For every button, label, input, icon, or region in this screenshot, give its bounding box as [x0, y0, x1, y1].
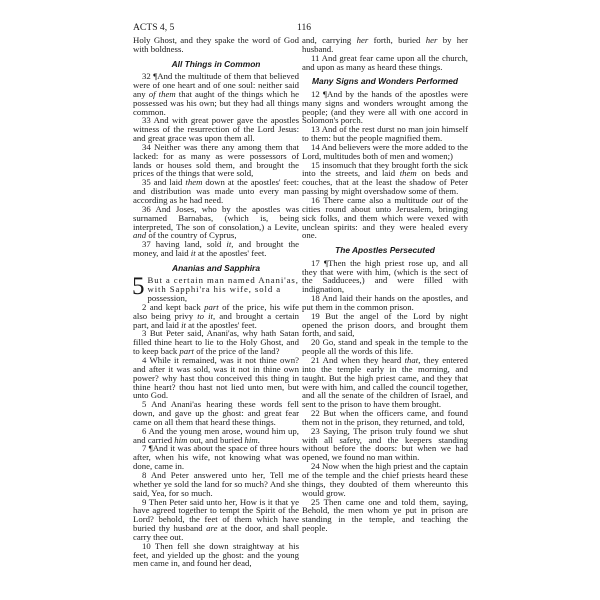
section-heading: All Things in Common	[133, 60, 299, 69]
verse-text: And of the rest durst no man join himsel…	[302, 124, 468, 143]
opening-paragraph: Holy Ghost, and they spake the word of G…	[133, 36, 299, 54]
verse: 12 ¶And by the hands of the apostles wer…	[302, 90, 468, 125]
verse: 11 And great fear came upon all the chur…	[302, 54, 468, 72]
verse: 20 Go, stand and speak in the temple to …	[302, 338, 468, 356]
verse: 36 And Joses, who by the apostles was su…	[133, 205, 299, 240]
right-column: and, carrying her forth, buried her by h…	[302, 36, 468, 533]
verse-text: And Joses, who by the apostles was surna…	[133, 204, 299, 232]
verse: 16 There came also a multitude out of th…	[302, 196, 468, 240]
verse: 19 But the angel of the Lord by night op…	[302, 312, 468, 339]
verse: 33 And with great power gave the apostle…	[133, 116, 299, 143]
verse: 15 insomuch that they brought forth the …	[302, 161, 468, 196]
verse-text: Saying, The prison truly found we shut w…	[302, 426, 468, 463]
verse-text: And by the hands of the apostles were ma…	[302, 89, 468, 126]
verse: 35 and laid them down at the apostles' f…	[133, 178, 299, 205]
verse: 9 Then Peter said unto her, How is it th…	[133, 498, 299, 542]
left-column: Holy Ghost, and they spake the word of G…	[133, 36, 299, 568]
italic-word: are	[206, 523, 217, 533]
verse-list: 2 and kept back part of the price, his w…	[133, 303, 299, 568]
verse-text: And believers were the more added to the…	[302, 142, 468, 161]
verse-text: possession,	[148, 293, 188, 303]
chapter-opening-verse: 5But a certain man named Anani'as,with S…	[133, 276, 299, 303]
verse-list: 17 ¶Then the high priest rose up, and al…	[302, 259, 468, 533]
verse-text: , they entered into the temple early in …	[302, 355, 468, 409]
verse-text: And great fear came upon all the church,…	[302, 53, 468, 72]
verse-list: 32 ¶And the multitude of them that belie…	[133, 72, 299, 258]
section-heading: Many Signs and Wonders Performed	[302, 77, 468, 86]
verse-text: While it remained, was it not thine own?…	[133, 355, 299, 400]
italic-word: her	[426, 35, 438, 45]
page-header: ACTS 4, 5 116	[133, 22, 466, 34]
verse: 4 While it remained, was it not thine ow…	[133, 356, 299, 400]
verse: 34 Neither was there any among them that…	[133, 143, 299, 178]
verse-text: Go, stand and speak in the temple to the…	[302, 337, 468, 356]
verse: 23 Saying, The prison truly found we shu…	[302, 427, 468, 462]
verse-text: And it was about the space of three hour…	[133, 443, 299, 471]
verse: 8 And Peter answered unto her, Tell me w…	[133, 471, 299, 498]
verse-text: forth, buried	[368, 35, 425, 45]
verse-list: 12 ¶And by the hands of the apostles wer…	[302, 90, 468, 240]
verse-text: But the angel of the Lord by night opene…	[302, 311, 468, 339]
section-heading: Ananias and Sapphira	[133, 264, 299, 273]
italic-word: her	[357, 35, 369, 45]
verse-text: And with great power gave the apostles w…	[133, 115, 299, 143]
verse: 14 And believers were the more added to …	[302, 143, 468, 161]
verse: 22 But when the officers came, and found…	[302, 409, 468, 427]
verse: 21 And when they heard that, they entere…	[302, 356, 468, 409]
opening-paragraph: and, carrying her forth, buried her by h…	[302, 36, 468, 54]
verse-text: Now when the high priest and the captain…	[302, 461, 468, 498]
verse-text: And laid their hands on the apostles, an…	[302, 293, 468, 312]
verse: 32 ¶And the multitude of them that belie…	[133, 72, 299, 116]
section-heading: The Apostles Persecuted	[302, 246, 468, 255]
verse: 24 Now when the high priest and the capt…	[302, 462, 468, 497]
verse-text: at the apostles' feet.	[196, 248, 267, 258]
verse: 10 Then fell she down straightway at his…	[133, 542, 299, 569]
verse: 18 And laid their hands on the apostles,…	[302, 294, 468, 312]
chapter-number-dropcap: 5	[132, 277, 145, 296]
verse-text: And Peter answered unto her, Tell me whe…	[133, 470, 299, 498]
page-number: 116	[297, 22, 311, 34]
verse: 25 Then came one and told them, saying, …	[302, 498, 468, 533]
verse-text: Then came one and told them, saying, Beh…	[302, 497, 468, 534]
verse: 2 and kept back part of the price, his w…	[133, 303, 299, 330]
verse-text: Then fell she down straightway at his fe…	[133, 541, 299, 569]
verse: 3 But Peter said, Anani'as, why hath Sat…	[133, 329, 299, 356]
verse: 5 And Anani'as hearing these words fell …	[133, 400, 299, 427]
verse: 13 And of the rest durst no man join him…	[302, 125, 468, 143]
verse-text: And Anani'as hearing these words fell do…	[133, 399, 299, 427]
verse: 37 having land, sold it, and brought the…	[133, 240, 299, 258]
verse-text: Neither was there any among them that la…	[133, 142, 299, 179]
verse-list: 11 And great fear came upon all the chur…	[302, 54, 468, 72]
verse: 17 ¶Then the high priest rose up, and al…	[302, 259, 468, 294]
running-head: ACTS 4, 5	[133, 22, 174, 34]
verse: 6 And the young men arose, wound him up,…	[133, 427, 299, 445]
verse-text: But when the officers came, and found th…	[302, 408, 468, 427]
verse: 7 ¶And it was about the space of three h…	[133, 444, 299, 471]
